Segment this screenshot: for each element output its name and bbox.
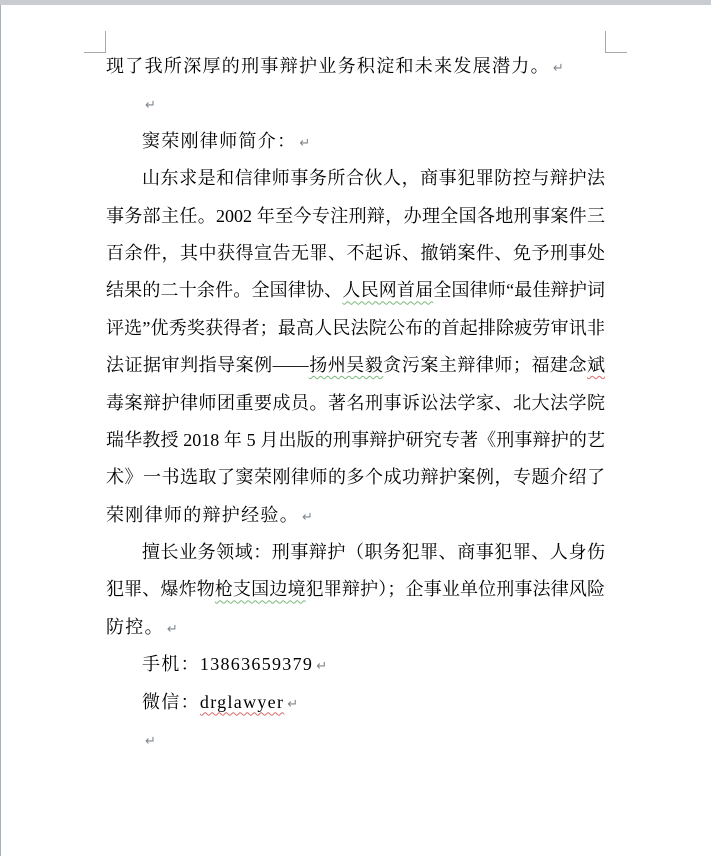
paragraph-mark-icon: ↵ xyxy=(142,98,156,113)
text-line: 结果的二十余件。全国律协、人民网首届全国律师“最佳辩护词 xyxy=(106,272,605,309)
text-run: 现了我所深厚的刑事辩护业务积淀和未来发展潜力。 xyxy=(106,56,550,76)
text-run: 贪污案主辩律师；福建念 xyxy=(383,355,587,375)
text-line: 防控。↵ xyxy=(106,609,605,646)
text-line: 百余件，其中获得宣告无罪、不起诉、撤销案件、免予刑事处罚 xyxy=(106,235,605,272)
text-line: 窦荣刚律师简介：↵ xyxy=(106,123,605,160)
crop-mark-top-right xyxy=(605,52,627,53)
text-run: 毒案辩护律师团重要成员。著名刑事诉讼法学家、北大法学院陈 xyxy=(106,393,605,422)
text-run: 犯罪、爆炸物 xyxy=(106,579,215,599)
text-line: 手机：13863659379↵ xyxy=(106,646,605,683)
paragraph-mark-icon: ↵ xyxy=(142,734,156,749)
paragraph-mark-icon: ↵ xyxy=(550,61,564,76)
grammar-check-underline: 扬州吴毅 xyxy=(309,355,384,375)
page-left-edge xyxy=(0,5,1,856)
text-line: 毒案辩护律师团重要成员。著名刑事诉讼法学家、北大法学院陈 xyxy=(106,385,605,422)
text-line: ↵ xyxy=(106,721,605,758)
paragraph-mark-icon: ↵ xyxy=(313,659,327,674)
grammar-check-underline: 人民网首届 xyxy=(342,280,433,300)
text-run: 全国律师“最佳辩护词 xyxy=(433,280,605,300)
crop-mark-top-left xyxy=(84,52,106,53)
document-page: 现了我所深厚的刑事辩护业务积淀和未来发展潜力。↵↵窦荣刚律师简介：↵山东求是和信… xyxy=(0,0,711,856)
text-line: ↵ xyxy=(106,85,605,122)
document-text-area[interactable]: 现了我所深厚的刑事辩护业务积淀和未来发展潜力。↵↵窦荣刚律师简介：↵山东求是和信… xyxy=(106,48,605,758)
text-line: 犯罪、爆炸物枪支国边境犯罪辩护）；企事业单位刑事法律风险 xyxy=(106,571,605,608)
text-run: 事务部主任。2002 年至今专注刑辩，办理全国各地刑事案件三 xyxy=(106,206,605,226)
text-run: 防控。 xyxy=(106,617,164,637)
text-run: 窦荣刚律师简介： xyxy=(142,131,296,151)
paragraph-mark-icon: ↵ xyxy=(164,622,178,637)
grammar-check-underline: 枪支国边境 xyxy=(215,579,306,599)
text-run: 微信： xyxy=(142,692,200,712)
text-run: 犯罪辩护）；企事业单位刑事法律风险 xyxy=(306,579,605,599)
text-run: 手机：13863659379 xyxy=(142,654,313,674)
text-run: 法证据审判指导案例—— xyxy=(106,355,309,375)
text-line: 擅长业务领域：刑事辩护（职务犯罪、商事犯罪、人身伤害 xyxy=(106,534,605,571)
text-line: 法证据审判指导案例——扬州吴毅贪污案主辩律师；福建念斌投 xyxy=(106,347,605,384)
text-line: 山东求是和信律师事务所合伙人，商事犯罪防控与辩护法律 xyxy=(106,160,605,197)
text-run: 百余件，其中获得宣告无罪、不起诉、撤销案件、免予刑事处罚 xyxy=(106,243,605,272)
text-line: 事务部主任。2002 年至今专注刑辩，办理全国各地刑事案件三 xyxy=(106,198,605,235)
app-background-strip xyxy=(0,0,711,5)
text-run: 评选”优秀奖获得者；最高人民法院公布的首起排除疲劳审讯非 xyxy=(106,318,605,338)
text-line: 现了我所深厚的刑事辩护业务积淀和未来发展潜力。↵ xyxy=(106,48,605,85)
text-line: 术》一书选取了窦荣刚律师的多个成功辩护案例，专题介绍了窦 xyxy=(106,459,605,496)
text-run: 山东求是和信律师事务所合伙人，商事犯罪防控与辩护法律 xyxy=(142,168,605,197)
spelling-check-underline: drglawyer xyxy=(200,692,284,712)
paragraph-mark-icon: ↵ xyxy=(299,510,313,525)
text-run: 荣刚律师的辩护经验。 xyxy=(106,505,299,525)
text-line: 微信：drglawyer↵ xyxy=(106,684,605,721)
text-line: 评选”优秀奖获得者；最高人民法院公布的首起排除疲劳审讯非 xyxy=(106,310,605,347)
text-run: 瑞华教授 2018 年 5 月出版的刑事辩护研究专著《刑事辩护的艺 xyxy=(106,430,605,450)
paragraph-mark-icon: ↵ xyxy=(284,697,298,712)
text-line: 荣刚律师的辩护经验。↵ xyxy=(106,497,605,534)
crop-mark-top-right xyxy=(605,31,606,53)
spelling-check-underline: 斌 xyxy=(587,355,605,375)
text-run: 结果的二十余件。全国律协、 xyxy=(106,280,342,300)
text-line: 瑞华教授 2018 年 5 月出版的刑事辩护研究专著《刑事辩护的艺 xyxy=(106,422,605,459)
text-run: 擅长业务领域：刑事辩护（职务犯罪、商事犯罪、人身伤害 xyxy=(142,542,605,571)
text-run: 术》一书选取了窦荣刚律师的多个成功辩护案例，专题介绍了窦 xyxy=(106,467,605,496)
paragraph-mark-icon: ↵ xyxy=(296,136,310,151)
